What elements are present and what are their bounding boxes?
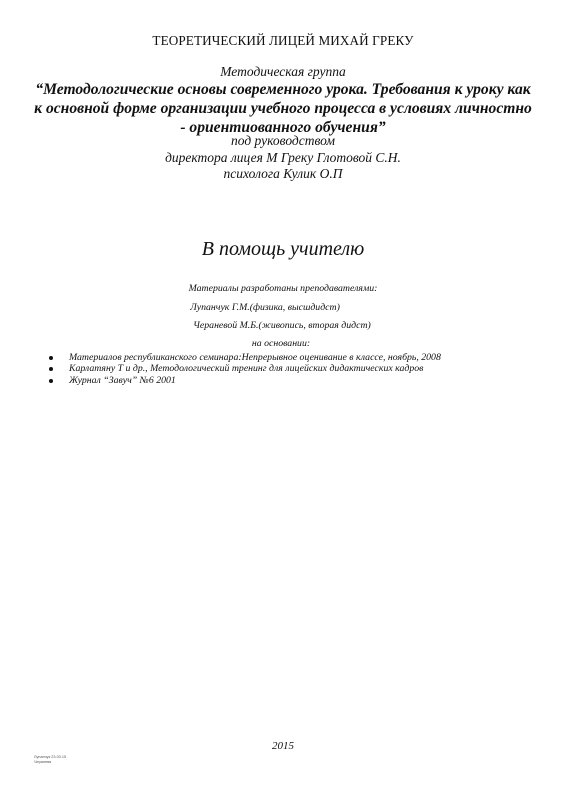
basis-label: на основании: [0, 338, 564, 349]
supervision-line: под руководством [0, 133, 566, 150]
bullet-icon [49, 367, 53, 371]
footer-note: Лупанчук 23.03.15 Черанева [34, 755, 66, 765]
bullet-icon [49, 379, 53, 383]
document-title: “Методологические основы современного ур… [0, 80, 566, 137]
document-year: 2015 [0, 740, 566, 752]
source-item: Журнал “Завуч” №6 2001 [49, 375, 441, 386]
source-item: Материалов республиканского семинара:Неп… [49, 352, 441, 363]
sources-list: Материалов республиканского семинара:Неп… [49, 352, 441, 386]
supervision-line: психолога Кулик О.П [0, 166, 566, 183]
group-label: Методическая группа [0, 64, 566, 80]
author-item: Чераневой М.Б.(живопись, вторая дидст) [0, 320, 565, 331]
authors-intro: Материалы разработаны преподавателями: [0, 283, 566, 294]
source-text: Материалов республиканского семинара:Неп… [69, 352, 441, 363]
author-item: Лупанчук Г.М.(физика, высшдидст) [0, 302, 548, 313]
title-line: к основной форме организации учебного пр… [0, 99, 566, 118]
page-heading: В помощь учителю [0, 238, 566, 261]
footer-note-line: Черанева [34, 760, 66, 765]
source-text: Журнал “Завуч” №6 2001 [69, 375, 176, 386]
title-line: “Методологические основы современного ур… [0, 80, 566, 99]
supervision-line: директора лицея М Греку Глотовой С.Н. [0, 150, 566, 167]
supervision-block: под руководством директора лицея М Греку… [0, 133, 566, 183]
source-item: Карлатяну Т и др., Методологический трен… [49, 363, 441, 374]
source-text: Карлатяну Т и др., Методологический трен… [69, 363, 423, 374]
bullet-icon [49, 356, 53, 360]
school-name: ТЕОРЕТИЧЕСКИЙ ЛИЦЕЙ МИХАЙ ГРЕКУ [0, 33, 566, 49]
